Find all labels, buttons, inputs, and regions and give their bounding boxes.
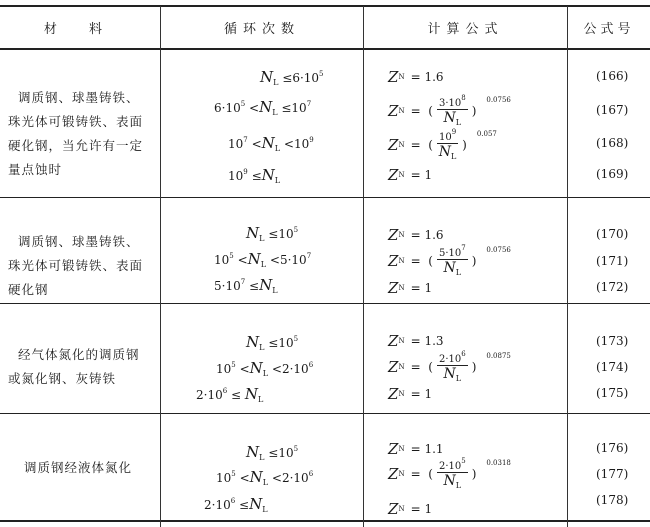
formula-number: (169) [596, 167, 628, 181]
cycles-range: 109 ≤NL [228, 166, 280, 185]
fraction: 5·107NL [437, 244, 468, 277]
formula-number: (174) [596, 360, 628, 374]
fraction: 2·105NL [437, 457, 468, 490]
header-formula: 计算公式 [364, 6, 567, 49]
cycles-range: 2·106 ≤NL [204, 495, 268, 514]
material-line: 或氮化钢、灰铸铁 [8, 367, 158, 391]
fraction: 2·106NL [437, 350, 468, 383]
cycles-range: 105 <NL <2·106 [216, 468, 313, 487]
cycles-range: 105 <NL <2·106 [216, 359, 313, 378]
material-line: 调质钢、球墨铸铁、 [8, 230, 158, 254]
material-cell: 调质钢经液体氮化 [24, 456, 158, 480]
column-divider [160, 6, 161, 527]
formula-number: (170) [596, 227, 628, 241]
column-divider [567, 6, 568, 527]
formula: ZN = ( 5·107NL )0.0756 [388, 244, 511, 277]
formula: ZN = 1 [388, 500, 432, 518]
formula: ZN = 1.1 [388, 440, 444, 458]
cycles-range: 105 <NL <5·107 [214, 250, 311, 269]
fraction: 109NL [437, 128, 458, 161]
cycles-range: 2·106 ≤ NL [196, 385, 263, 404]
cycles-range: 107 <NL <109 [228, 134, 314, 153]
formula-number: (177) [596, 467, 628, 481]
row-divider [0, 413, 650, 414]
header-cycles: 循环次数 [161, 6, 363, 49]
cycles-range: NL ≤6·105 [260, 68, 324, 87]
cycles-range: NL ≤105 [246, 443, 298, 462]
formula-number: (168) [596, 136, 628, 150]
formula: ZN = 1 [388, 385, 432, 403]
formula-number: (167) [596, 103, 628, 117]
header-formula-number: 公式号 [568, 6, 650, 49]
material-line: 调质钢经液体氮化 [24, 456, 158, 480]
row-divider [0, 197, 650, 198]
cycles-range: 6·105 <NL ≤107 [214, 98, 311, 117]
material-line: 硬化钢，当允许有一定 [8, 134, 158, 158]
table-bottom-border [0, 520, 650, 522]
column-divider [363, 6, 364, 527]
formula-number: (176) [596, 441, 628, 455]
formula: ZN = ( 2·105NL )0.0318 [388, 457, 511, 490]
material-line: 硬化钢 [8, 278, 158, 302]
formula: ZN = 1 [388, 166, 432, 184]
fraction: 3·108NL [437, 94, 468, 127]
formula-number: (175) [596, 386, 628, 400]
formula: ZN = ( 109NL )0.057 [388, 128, 497, 161]
material-line: 调质钢、球墨铸铁、 [8, 86, 158, 110]
formula: ZN = ( 3·108NL )0.0756 [388, 94, 511, 127]
formula: ZN = 1.6 [388, 68, 444, 86]
formula: ZN = 1.3 [388, 332, 444, 350]
material-line: 量点蚀时 [8, 158, 158, 182]
formula: ZN = 1.6 [388, 226, 444, 244]
material-line: 珠光体可锻铸铁、表面 [8, 110, 158, 134]
material-cell: 调质钢、球墨铸铁、 珠光体可锻铸铁、表面 硬化钢 [8, 230, 158, 302]
cycles-range: NL ≤105 [246, 224, 298, 243]
formula-number: (171) [596, 254, 628, 268]
formula-number: (178) [596, 493, 628, 507]
formula-number: (166) [596, 69, 628, 83]
header-material: 材 料 [0, 6, 160, 49]
material-cell: 调质钢、球墨铸铁、 珠光体可锻铸铁、表面 硬化钢，当允许有一定 量点蚀时 [8, 86, 158, 182]
formula: ZN = ( 2·106NL )0.0875 [388, 350, 511, 383]
formula-number: (172) [596, 280, 628, 294]
material-line: 经气体氮化的调质钢 [8, 343, 158, 367]
cycles-range: 5·107 ≤NL [214, 276, 278, 295]
cycles-range: NL ≤105 [246, 333, 298, 352]
formula-number: (173) [596, 334, 628, 348]
material-cell: 经气体氮化的调质钢 或氮化钢、灰铸铁 [8, 343, 158, 391]
row-divider [0, 303, 650, 304]
material-line: 珠光体可锻铸铁、表面 [8, 254, 158, 278]
formula: ZN = 1 [388, 279, 432, 297]
